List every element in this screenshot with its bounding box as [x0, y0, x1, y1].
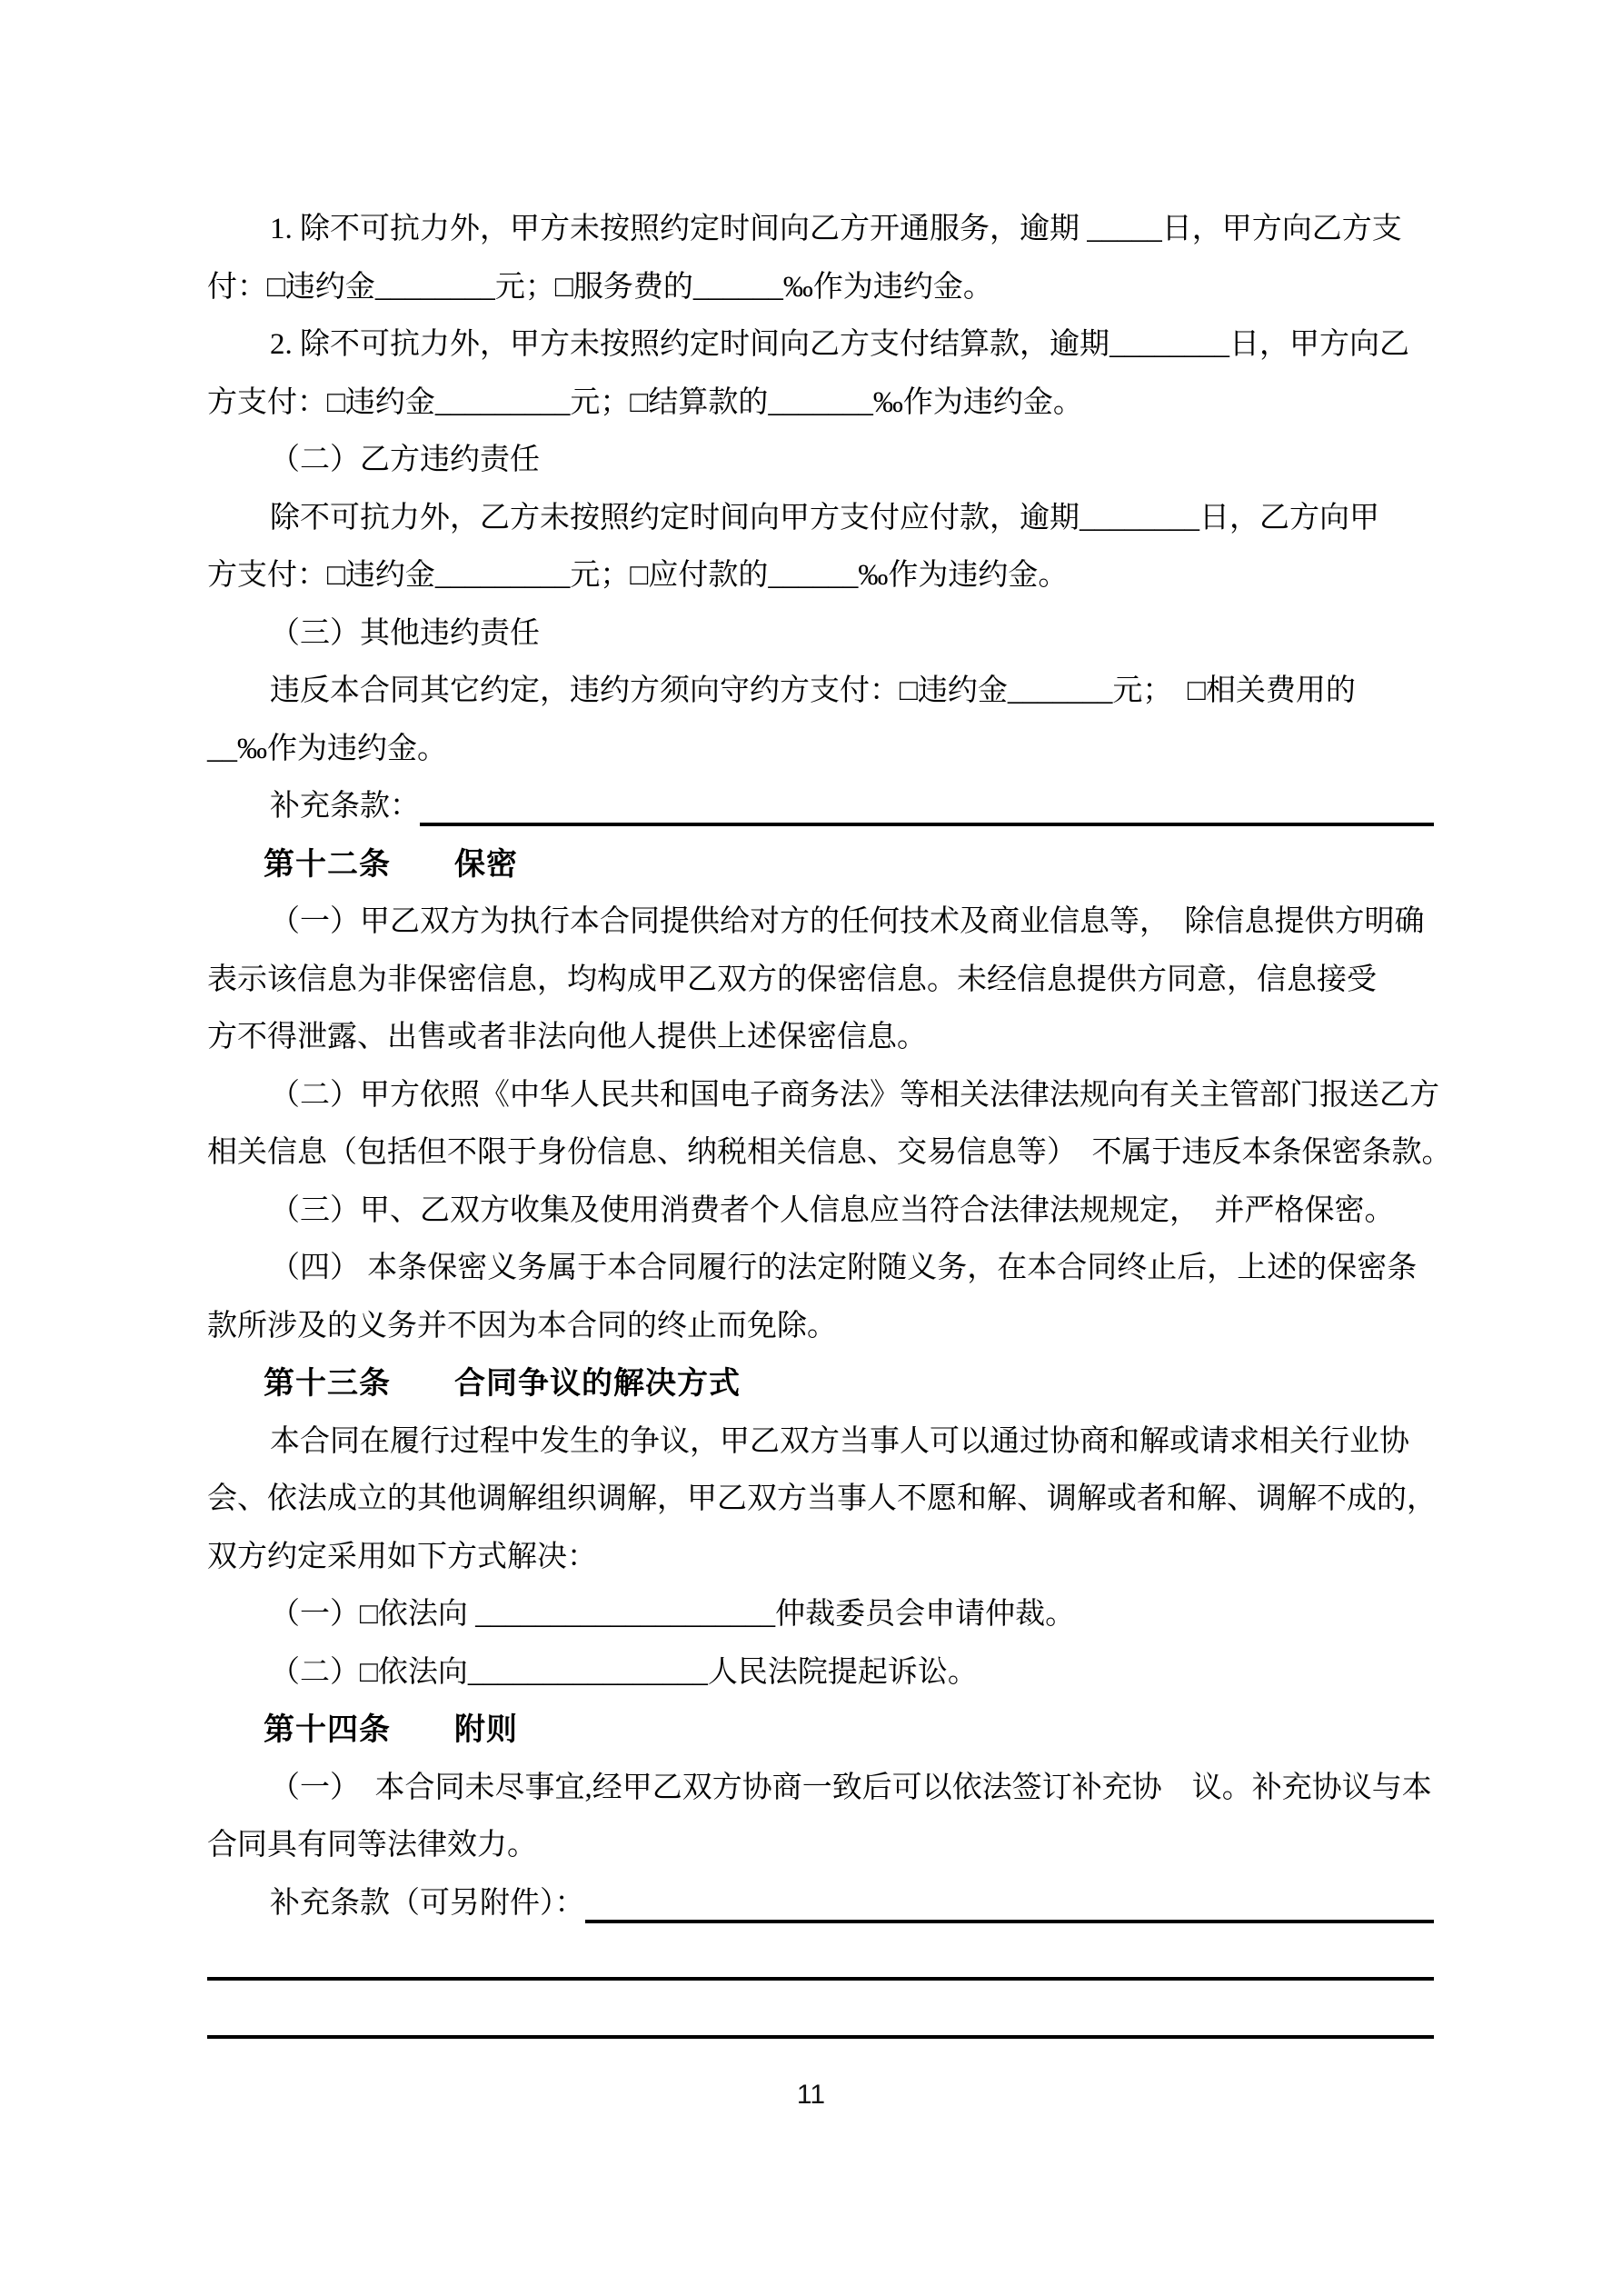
line-text: 付：□违约金________元；□服务费的______‰作为违约金。 [207, 259, 993, 317]
section-heading: 第十二条 保密 [207, 836, 1434, 894]
text-line: 双方约定采用如下方式解决： [207, 1529, 1434, 1587]
text-line: 补充条款（可另附件）： [207, 1875, 1434, 1933]
text-line: （三）甲、乙双方收集及使用消费者个人信息应当符合法律法规规定， 并严格保密。 [207, 1183, 1434, 1241]
text-line: （一）□依法向 ____________________仲裁委员会申请仲裁。 [207, 1586, 1434, 1644]
text-line: 方支付：□违约金_________元；□应付款的______‰作为违约金。 [207, 547, 1434, 605]
line-text: 1. 除不可抗力外，甲方未按照约定时间向乙方开通服务，逾期 _____日，甲方向… [270, 201, 1402, 259]
text-line: 除不可抗力外，乙方未按照约定时间向甲方支付应付款，逾期________日，乙方向… [207, 490, 1434, 548]
line-text: （四） 本条保密义务属于本合同履行的法定附随义务，在本合同终止后，上述的保密条 [270, 1240, 1417, 1298]
page-number: 11 [0, 2080, 1622, 2111]
line-text: 方支付：□违约金_________元；□结算款的_______‰作为违约金。 [207, 374, 1083, 433]
text-line: （二）□依法向________________人民法院提起诉讼。 [207, 1644, 1434, 1702]
line-text: 第十四条 附则 [264, 1702, 518, 1760]
line-text: 表示该信息为非保密信息，均构成甲乙双方的保密信息。未经信息提供方同意，信息接受 [207, 952, 1377, 1010]
text-line: 违反本合同其它约定，违约方须向守约方支付：□违约金_______元； □相关费用… [207, 663, 1434, 721]
text-line: 1. 除不可抗力外，甲方未按照约定时间向乙方开通服务，逾期 _____日，甲方向… [207, 201, 1434, 259]
fill-in-blank-line [207, 1991, 1434, 2039]
line-text: 补充条款（可另附件）： [270, 1875, 585, 1933]
line-text: 方不得泄露、出售或者非法向他人提供上述保密信息。 [207, 1009, 927, 1067]
text-line: 2. 除不可抗力外，甲方未按照约定时间向乙方支付结算款，逾期________日，… [207, 316, 1434, 374]
line-text: 双方约定采用如下方式解决： [207, 1529, 597, 1587]
text-line: __‰作为违约金。 [207, 721, 1434, 779]
text-line: 相关信息（包括但不限于身份信息、纳税相关信息、交易信息等） 不属于违反本条保密条… [207, 1124, 1434, 1183]
line-text: 合同具有同等法律效力。 [207, 1817, 537, 1875]
line-text: 除不可抗力外，乙方未按照约定时间向甲方支付应付款，逾期________日，乙方向… [270, 490, 1379, 548]
line-text: 款所涉及的义务并不因为本合同的终止而免除。 [207, 1298, 837, 1356]
text-line [207, 1932, 1434, 1991]
line-text: （一）甲乙双方为执行本合同提供给对方的任何技术及商业信息等， 除信息提供方明确 [270, 893, 1425, 952]
text-line: （二）甲方依照《中华人民共和国电子商务法》等相关法律法规向有关主管部门报送乙方 [207, 1067, 1434, 1125]
line-text: 会、依法成立的其他调解组织调解，甲乙双方当事人不愿和解、调解或者和解、调解不成的… [207, 1471, 1437, 1529]
line-text: 补充条款： [270, 778, 420, 836]
text-line: 款所涉及的义务并不因为本合同的终止而免除。 [207, 1298, 1434, 1356]
line-text: （二）乙方违约责任 [270, 432, 540, 490]
line-text: 第十二条 保密 [264, 836, 518, 894]
text-line: 表示该信息为非保密信息，均构成甲乙双方的保密信息。未经信息提供方同意，信息接受 [207, 952, 1434, 1010]
text-line: 方支付：□违约金_________元；□结算款的_______‰作为违约金。 [207, 374, 1434, 433]
text-line: （一） 本合同未尽事宜,经甲乙双方协商一致后可以依法签订补充协 议。补充协议与本 [207, 1760, 1434, 1818]
line-text: 本合同在履行过程中发生的争议，甲乙双方当事人可以通过协商和解或请求相关行业协 [270, 1413, 1409, 1472]
line-text: （二）甲方依照《中华人民共和国电子商务法》等相关法律法规向有关主管部门报送乙方 [270, 1067, 1439, 1125]
line-text: （三）其他违约责任 [270, 605, 540, 664]
text-line: 会、依法成立的其他调解组织调解，甲乙双方当事人不愿和解、调解或者和解、调解不成的… [207, 1471, 1434, 1529]
text-line: （一）甲乙双方为执行本合同提供给对方的任何技术及商业信息等， 除信息提供方明确 [207, 893, 1434, 952]
document-page: 1. 除不可抗力外，甲方未按照约定时间向乙方开通服务，逾期 _____日，甲方向… [0, 0, 1622, 2296]
text-line: （三）其他违约责任 [207, 605, 1434, 664]
line-text: 第十三条 合同争议的解决方式 [264, 1355, 741, 1413]
line-text: （三）甲、乙双方收集及使用消费者个人信息应当符合法律法规规定， 并严格保密。 [270, 1183, 1395, 1241]
text-line: 方不得泄露、出售或者非法向他人提供上述保密信息。 [207, 1009, 1434, 1067]
line-text: （一） 本合同未尽事宜,经甲乙双方协商一致后可以依法签订补充协 议。补充协议与本 [270, 1760, 1432, 1818]
line-text: 违反本合同其它约定，违约方须向守约方支付：□违约金_______元； □相关费用… [270, 663, 1356, 721]
line-text: 2. 除不可抗力外，甲方未按照约定时间向乙方支付结算款，逾期________日，… [270, 316, 1409, 374]
text-line: 补充条款： [207, 778, 1434, 836]
line-text: __‰作为违约金。 [207, 721, 447, 779]
text-line: 付：□违约金________元；□服务费的______‰作为违约金。 [207, 259, 1434, 317]
fill-in-blank-line [420, 778, 1434, 826]
fill-in-blank-line [585, 1875, 1435, 1923]
line-text: （一）□依法向 ____________________仲裁委员会申请仲裁。 [270, 1586, 1075, 1644]
line-text: （二）□依法向________________人民法院提起诉讼。 [270, 1644, 978, 1702]
fill-in-blank-line [207, 1932, 1434, 1981]
text-line: （二）乙方违约责任 [207, 432, 1434, 490]
document-body: 1. 除不可抗力外，甲方未按照约定时间向乙方开通服务，逾期 _____日，甲方向… [207, 201, 1434, 2048]
text-line: 本合同在履行过程中发生的争议，甲乙双方当事人可以通过协商和解或请求相关行业协 [207, 1413, 1434, 1472]
text-line [207, 1991, 1434, 2049]
line-text: 方支付：□违约金_________元；□应付款的______‰作为违约金。 [207, 547, 1068, 605]
line-text: 相关信息（包括但不限于身份信息、纳税相关信息、交易信息等） 不属于违反本条保密条… [207, 1124, 1452, 1183]
section-heading: 第十三条 合同争议的解决方式 [207, 1355, 1434, 1413]
text-line: 合同具有同等法律效力。 [207, 1817, 1434, 1875]
text-line: （四） 本条保密义务属于本合同履行的法定附随义务，在本合同终止后，上述的保密条 [207, 1240, 1434, 1298]
section-heading: 第十四条 附则 [207, 1702, 1434, 1760]
